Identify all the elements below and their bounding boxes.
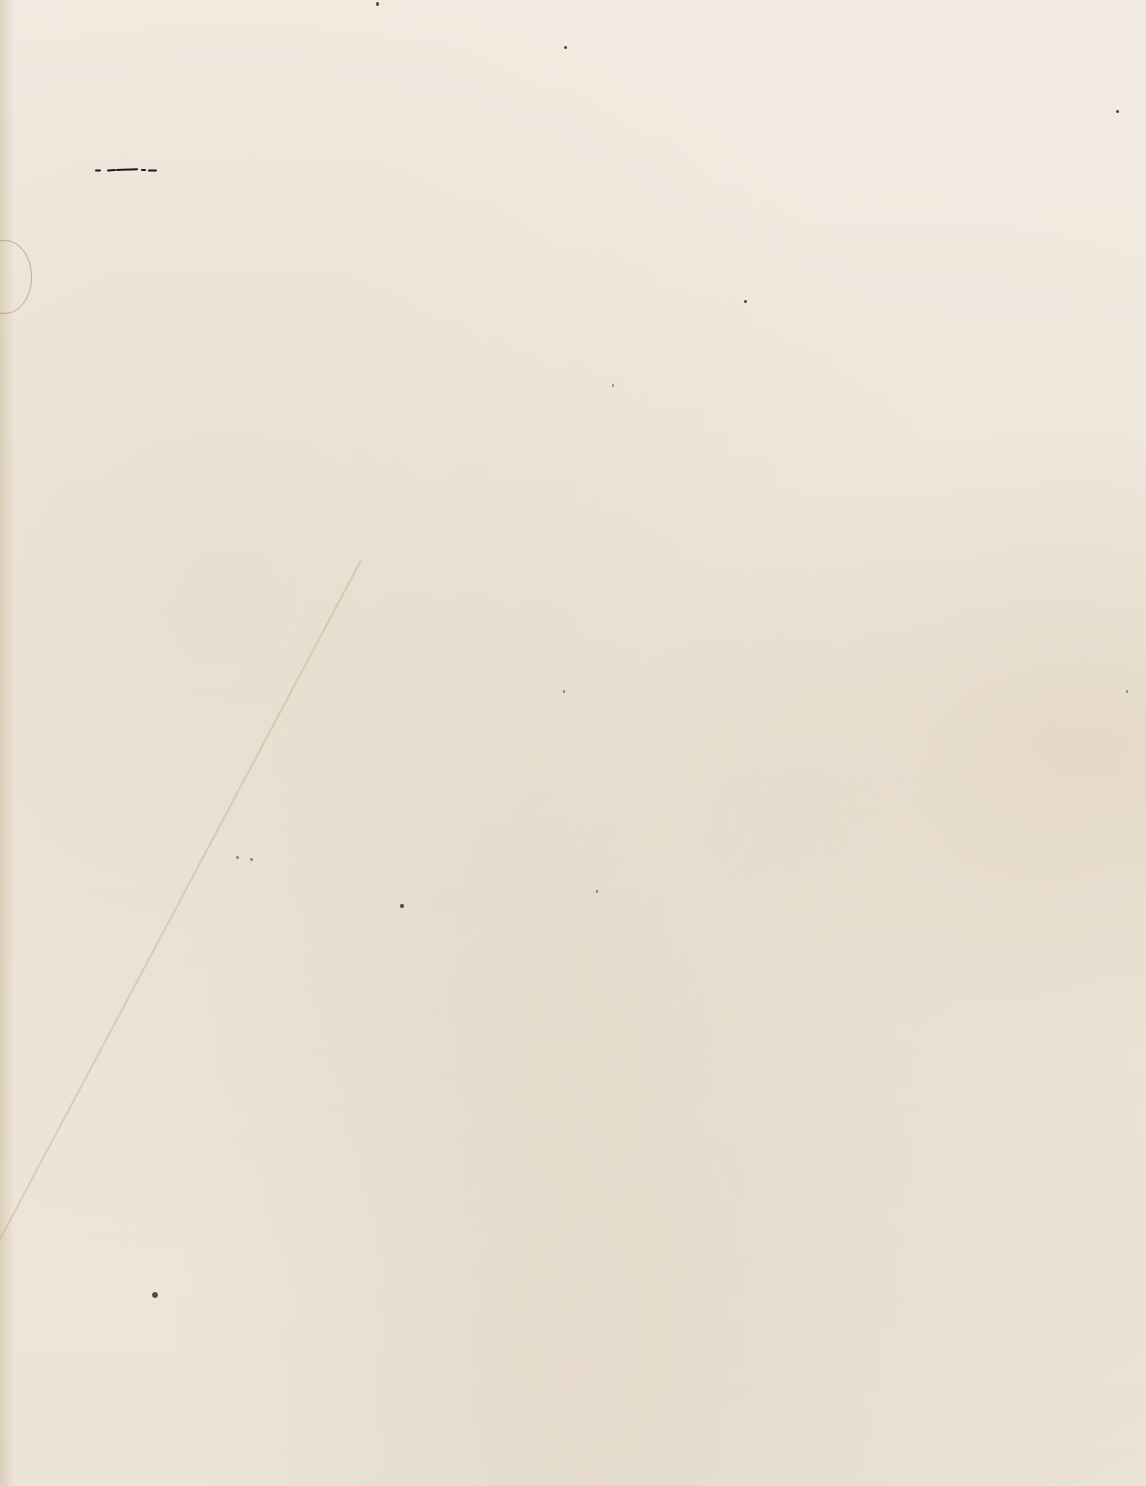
speck bbox=[744, 300, 747, 303]
speck bbox=[564, 46, 567, 49]
speck bbox=[250, 858, 253, 861]
speck bbox=[400, 904, 404, 908]
speck bbox=[612, 384, 614, 387]
paper-edge-shadow bbox=[0, 0, 14, 1486]
speck bbox=[563, 690, 565, 693]
speck bbox=[236, 856, 239, 859]
punch-hole-outline bbox=[0, 240, 32, 314]
paper-page bbox=[0, 0, 1146, 1486]
ink-dash-mark bbox=[95, 168, 157, 172]
speck bbox=[152, 1292, 158, 1298]
speck bbox=[1126, 690, 1128, 693]
speck bbox=[376, 2, 379, 6]
speck bbox=[1116, 110, 1119, 113]
paper-crease bbox=[0, 560, 362, 1338]
speck bbox=[596, 890, 598, 893]
